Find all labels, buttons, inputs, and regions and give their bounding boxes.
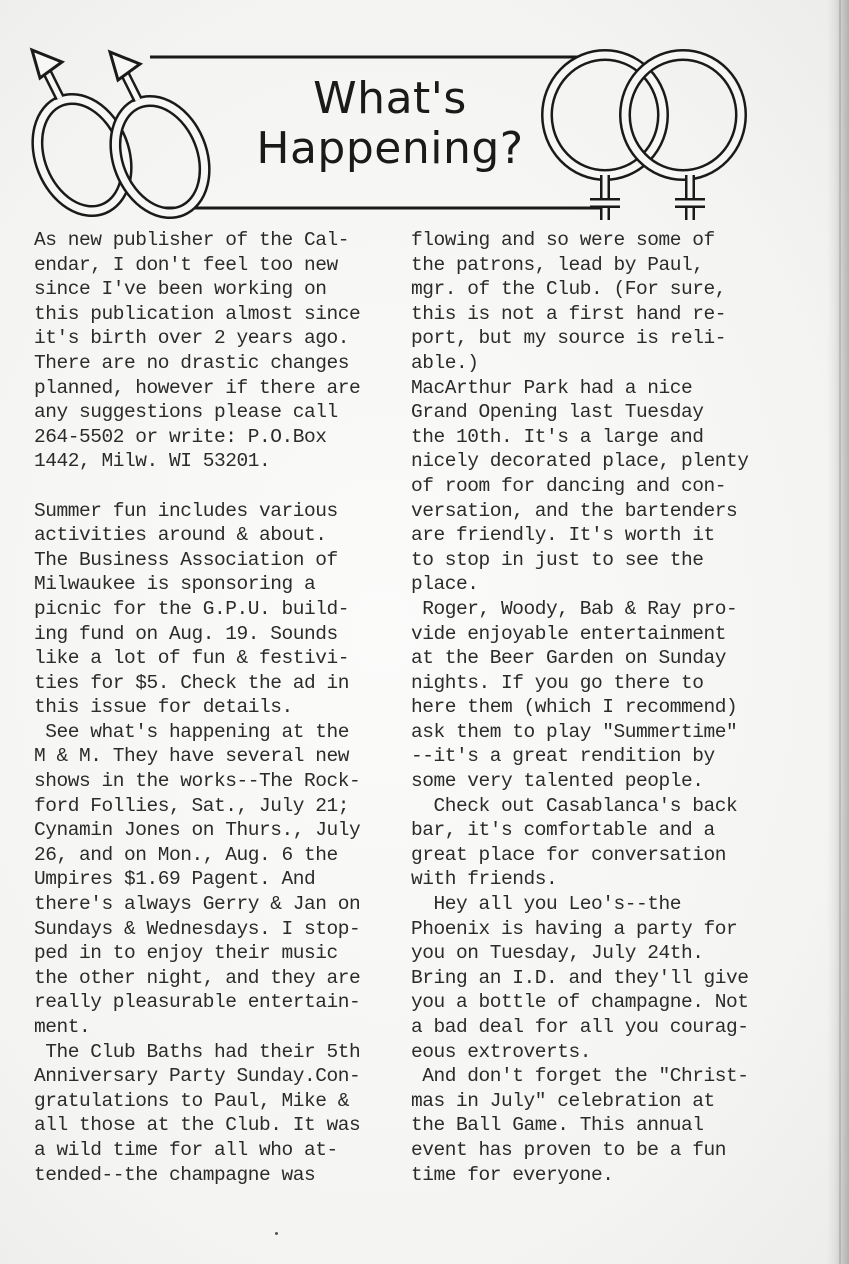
text-line: activities around & about. — [34, 523, 404, 548]
text-line: ties for $5. Check the ad in — [34, 671, 404, 696]
text-line: gratulations to Paul, Mike & — [34, 1089, 404, 1114]
paragraph: Roger, Woody, Bab & Ray pro-vide enjoyab… — [411, 597, 791, 794]
paragraph: The Club Baths had their 5thAnniversary … — [34, 1040, 404, 1188]
text-line: endar, I don't feel too new — [34, 253, 404, 278]
text-line: ped in to enjoy their music — [34, 941, 404, 966]
paragraph: Check out Casablanca's backbar, it's com… — [411, 794, 791, 892]
text-line: Summer fun includes various — [34, 499, 404, 524]
text-line: mgr. of the Club. (For sure, — [411, 277, 791, 302]
text-line: As new publisher of the Cal- — [34, 228, 404, 253]
text-line: the 10th. It's a large and — [411, 425, 791, 450]
text-line: planned, however if there are — [34, 376, 404, 401]
text-line: there's always Gerry & Jan on — [34, 892, 404, 917]
text-line: you on Tuesday, July 24th. — [411, 941, 791, 966]
text-line: really pleasurable entertain- — [34, 990, 404, 1015]
text-line: nights. If you go there to — [411, 671, 791, 696]
paragraph: flowing and so were some ofthe patrons, … — [411, 228, 791, 376]
text-line: ask them to play "Summertime" — [411, 720, 791, 745]
text-line: tended--the champagne was — [34, 1163, 404, 1188]
text-line: The Club Baths had their 5th — [34, 1040, 404, 1065]
text-line: the Ball Game. This annual — [411, 1113, 791, 1138]
text-line: Grand Opening last Tuesday — [411, 400, 791, 425]
text-line: event has proven to be a fun — [411, 1138, 791, 1163]
text-line: 264-5502 or write: P.O.Box — [34, 425, 404, 450]
title-line-2: Happening? — [250, 124, 530, 174]
page-title: What's Happening? — [250, 74, 530, 174]
text-line: with friends. — [411, 867, 791, 892]
text-line: nicely decorated place, plenty — [411, 449, 791, 474]
text-line: it's birth over 2 years ago. — [34, 326, 404, 351]
male-symbols-icon — [20, 40, 260, 230]
text-line: Roger, Woody, Bab & Ray pro- — [411, 597, 791, 622]
page-spine-shadow — [827, 0, 849, 1264]
text-line: Milwaukee is sponsoring a — [34, 572, 404, 597]
text-line: are friendly. It's worth it — [411, 523, 791, 548]
text-line: --it's a great rendition by — [411, 744, 791, 769]
text-line: ford Follies, Sat., July 21; — [34, 794, 404, 819]
text-line: this publication almost since — [34, 302, 404, 327]
text-line: port, but my source is reli- — [411, 326, 791, 351]
text-line: Check out Casablanca's back — [411, 794, 791, 819]
text-line: you a bottle of champagne. Not — [411, 990, 791, 1015]
text-line: bar, it's comfortable and a — [411, 818, 791, 843]
text-line: at the Beer Garden on Sunday — [411, 646, 791, 671]
paragraph: MacArthur Park had a niceGrand Opening l… — [411, 376, 791, 597]
text-line: time for everyone. — [411, 1163, 791, 1188]
newsletter-page: What's Happening? As new publisher o — [0, 0, 849, 1264]
column-left: As new publisher of the Cal-endar, I don… — [34, 228, 404, 1187]
text-line: of room for dancing and con- — [411, 474, 791, 499]
text-line: See what's happening at the — [34, 720, 404, 745]
text-line: some very talented people. — [411, 769, 791, 794]
text-line: the patrons, lead by Paul, — [411, 253, 791, 278]
text-line: since I've been working on — [34, 277, 404, 302]
text-line: 26, and on Mon., Aug. 6 the — [34, 843, 404, 868]
text-line: like a lot of fun & festivi- — [34, 646, 404, 671]
masthead: What's Happening? — [0, 40, 849, 230]
text-line: this issue for details. — [34, 695, 404, 720]
text-line: 1442, Milw. WI 53201. — [34, 449, 404, 474]
text-line: all those at the Club. It was — [34, 1113, 404, 1138]
text-line: flowing and so were some of — [411, 228, 791, 253]
text-line: Cynamin Jones on Thurs., July — [34, 818, 404, 843]
text-line: this is not a first hand re- — [411, 302, 791, 327]
paragraph: See what's happening at theM & M. They h… — [34, 720, 404, 1040]
page-edge — [839, 0, 841, 1264]
text-line: vide enjoyable entertainment — [411, 622, 791, 647]
paragraph: As new publisher of the Cal-endar, I don… — [34, 228, 404, 474]
print-speck — [275, 1232, 278, 1235]
text-line: eous extroverts. — [411, 1040, 791, 1065]
text-line: able.) — [411, 351, 791, 376]
paragraph: And don't forget the "Christ-mas in July… — [411, 1064, 791, 1187]
text-line: here them (which I recommend) — [411, 695, 791, 720]
text-line: ing fund on Aug. 19. Sounds — [34, 622, 404, 647]
text-line: Anniversary Party Sunday.Con- — [34, 1064, 404, 1089]
text-line: Sundays & Wednesdays. I stop- — [34, 917, 404, 942]
female-symbols-icon — [535, 40, 765, 230]
paragraph-gap — [34, 474, 404, 499]
text-line: a bad deal for all you courag- — [411, 1015, 791, 1040]
text-line: The Business Association of — [34, 548, 404, 573]
text-line: picnic for the G.P.U. build- — [34, 597, 404, 622]
paragraph: Hey all you Leo's--thePhoenix is having … — [411, 892, 791, 1064]
text-line: Hey all you Leo's--the — [411, 892, 791, 917]
text-line: Bring an I.D. and they'll give — [411, 966, 791, 991]
text-line: MacArthur Park had a nice — [411, 376, 791, 401]
text-line: to stop in just to see the — [411, 548, 791, 573]
text-line: great place for conversation — [411, 843, 791, 868]
text-line: Umpires $1.69 Pagent. And — [34, 867, 404, 892]
text-line: M & M. They have several new — [34, 744, 404, 769]
paragraph: Summer fun includes variousactivities ar… — [34, 499, 404, 720]
column-right: flowing and so were some ofthe patrons, … — [411, 228, 791, 1187]
title-line-1: What's — [250, 74, 530, 124]
text-line: Phoenix is having a party for — [411, 917, 791, 942]
text-line: a wild time for all who at- — [34, 1138, 404, 1163]
text-line: And don't forget the "Christ- — [411, 1064, 791, 1089]
text-line: mas in July" celebration at — [411, 1089, 791, 1114]
text-line: There are no drastic changes — [34, 351, 404, 376]
text-line: place. — [411, 572, 791, 597]
text-line: the other night, and they are — [34, 966, 404, 991]
text-line: versation, and the bartenders — [411, 499, 791, 524]
text-line: any suggestions please call — [34, 400, 404, 425]
text-line: ment. — [34, 1015, 404, 1040]
text-line: shows in the works--The Rock- — [34, 769, 404, 794]
